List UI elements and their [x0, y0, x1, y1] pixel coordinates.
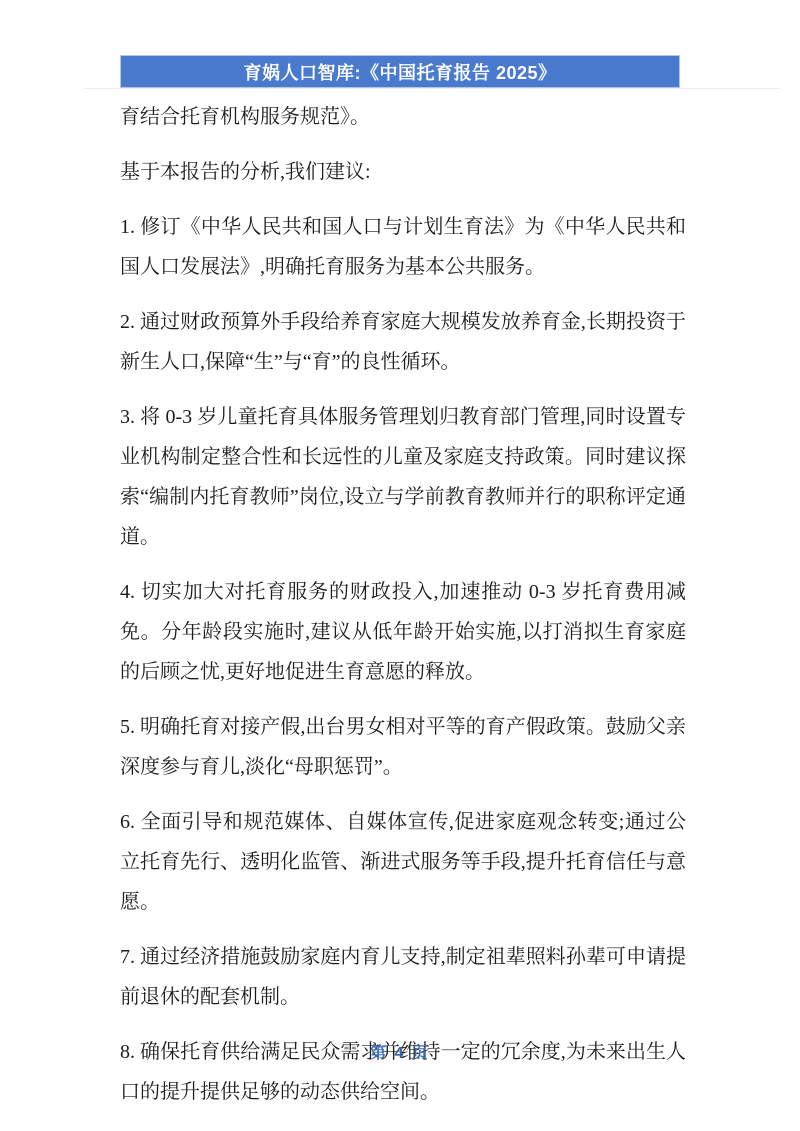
header-divider [85, 88, 780, 89]
item-number: 2. [120, 311, 135, 333]
recommendation-item-6: 6. 全面引导和规范媒体、自媒体宣传,促进家庭观念转变;通过公立托育先行、透明化… [120, 802, 686, 922]
recommendation-item-7: 7. 通过经济措施鼓励家庭内育儿支持,制定祖辈照料孙辈可申请提前退休的配套机制。 [120, 937, 686, 1017]
item-text: 全面引导和规范媒体、自媒体宣传,促进家庭观念转变;通过公立托育先行、透明化监管、… [120, 811, 686, 913]
item-text: 通过财政预算外手段给养育家庭大规模发放养育金,长期投资于新生人口,保障“生”与“… [120, 311, 686, 373]
recommendation-item-5: 5. 明确托育对接产假,出台男女相对平等的育产假政策。鼓励父亲深度参与育儿,淡化… [120, 707, 686, 787]
document-body: 育结合托育机构服务规范》。 基于本报告的分析,我们建议: 1. 修订《中华人民共… [120, 97, 686, 1112]
page-footer: 第 4 页 [0, 1040, 800, 1063]
item-text: 通过经济措施鼓励家庭内育儿支持,制定祖辈照料孙辈可申请提前退休的配套机制。 [120, 946, 686, 1008]
item-number: 3. [120, 406, 135, 428]
report-title-banner: 育娲人口智库:《中国托育报告 2025》 [120, 55, 680, 88]
recommendation-item-3: 3. 将 0-3 岁儿童托育具体服务管理划归教育部门管理,同时设置专业机构制定整… [120, 397, 686, 557]
item-number: 7. [120, 946, 135, 968]
item-text: 切实加大对托育服务的财政投入,加速推动 0-3 岁托育费用减免。分年龄段实施时,… [120, 581, 686, 683]
lead-in-paragraph: 基于本报告的分析,我们建议: [120, 152, 686, 192]
item-text: 明确托育对接产假,出台男女相对平等的育产假政策。鼓励父亲深度参与育儿,淡化“母职… [120, 716, 686, 778]
document-page: 育娲人口智库:《中国托育报告 2025》 育结合托育机构服务规范》。 基于本报告… [0, 0, 800, 1131]
item-text: 将 0-3 岁儿童托育具体服务管理划归教育部门管理,同时设置专业机构制定整合性和… [120, 406, 686, 548]
recommendation-item-1: 1. 修订《中华人民共和国人口与计划生育法》为《中华人民共和国人口发展法》,明确… [120, 207, 686, 287]
recommendation-item-4: 4. 切实加大对托育服务的财政投入,加速推动 0-3 岁托育费用减免。分年龄段实… [120, 572, 686, 692]
item-text: 修订《中华人民共和国人口与计划生育法》为《中华人民共和国人口发展法》,明确托育服… [120, 216, 686, 278]
report-title-text: 育娲人口智库:《中国托育报告 2025》 [243, 59, 556, 85]
item-number: 1. [120, 216, 135, 238]
item-number: 6. [120, 811, 135, 833]
intro-continuation-paragraph: 育结合托育机构服务规范》。 [120, 97, 686, 137]
page-number-suffix: 页 [412, 1045, 430, 1062]
page-number-prefix: 第 [370, 1045, 388, 1062]
recommendation-item-2: 2. 通过财政预算外手段给养育家庭大规模发放养育金,长期投资于新生人口,保障“生… [120, 302, 686, 382]
item-number: 4. [120, 581, 135, 603]
page-number: 4 [395, 1045, 406, 1062]
item-number: 5. [120, 716, 135, 738]
